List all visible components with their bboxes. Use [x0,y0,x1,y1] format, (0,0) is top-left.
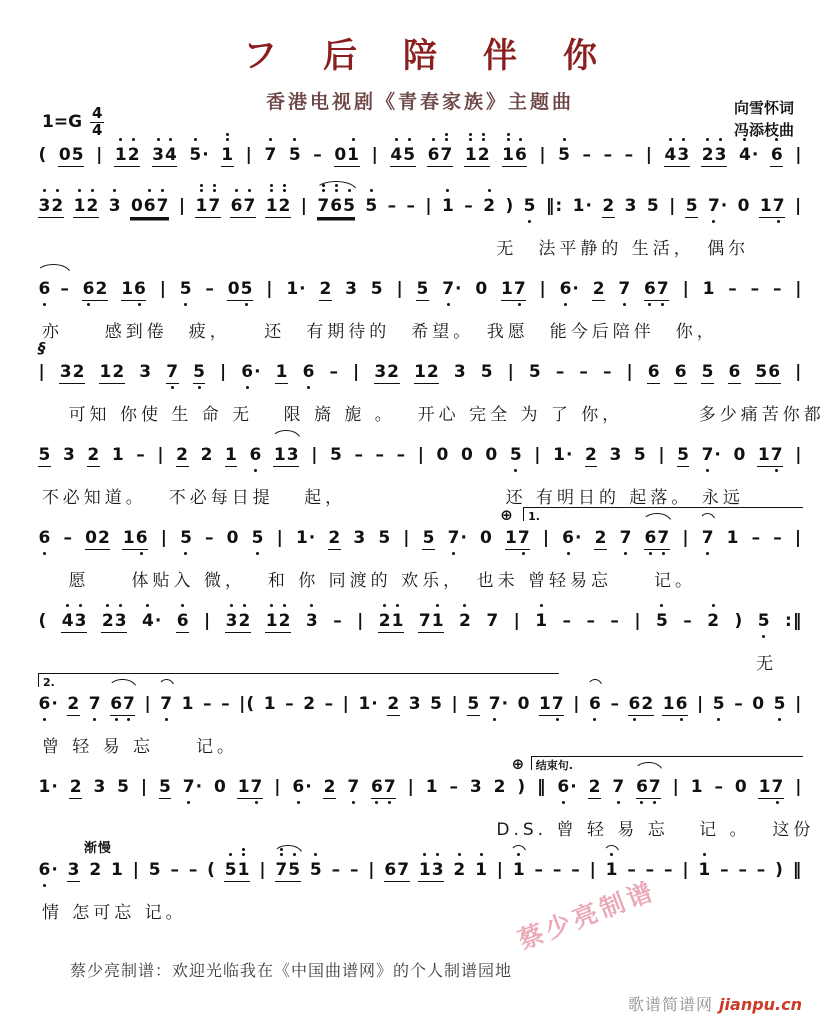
note-token: 51 [224,859,250,882]
note-token: 23 [701,144,727,167]
note-token: 5 [159,776,172,799]
note-token: 6· [559,278,579,300]
key-signature: 1=G 4 4 [42,106,104,139]
tempo-marking: 渐慢 [84,837,112,856]
note-token: 0 [480,527,493,549]
note-token: – [579,361,589,383]
note-token: | [140,776,147,798]
note-token: 16 [121,278,147,301]
note-token: 2 [493,776,506,798]
note-token: 5 [528,361,541,383]
note-token: 1 [181,693,194,715]
note-token: 21 [378,610,404,633]
note-token: 17 [758,776,784,799]
note-token: 16 [662,693,688,716]
note-token: 6 [38,527,51,549]
note-token: – [205,527,215,549]
note-token: ) [517,776,526,798]
note-token: 5 [365,195,378,217]
note-token: | [697,693,704,715]
note-token: | [795,361,802,383]
note-token: | [159,278,166,300]
time-signature: 4 4 [90,106,104,139]
note-token: | [407,776,414,798]
note-token: 067 [130,195,169,218]
note-token: 13 [273,444,299,467]
note-token: – [714,776,724,798]
note-token: | [626,361,633,383]
note-token: 16 [502,144,528,167]
note-token: 5 [330,444,343,466]
note-token: | [672,776,679,798]
notation-system: 2.6·2767|71––|(1–2–|1·235|57·017|6–6216|… [38,693,802,755]
note-token: 2 [200,444,213,466]
note-token: 7· [701,444,721,466]
note-token: 5 [677,444,690,467]
note-token: 3 [624,195,637,217]
note-token: 5 [309,859,322,881]
notes-row: (05|12345·1|75–01|45671216|5–––|43234·6| [38,144,802,174]
lyricist-credit: 向雪怀词 [734,98,794,120]
note-token: 2 [387,693,400,716]
note-token: | [634,610,641,632]
note-token: – [354,444,364,466]
notes-row: 6–6216|5–05|1·235|57·017|6·2767|1–––| [38,278,802,308]
lyrics-line: 不必知道。 不必每日提 起， 还 有明日的 起落。 永远 [42,483,802,506]
note-token: 6 [728,361,741,384]
note-token: | [160,527,167,549]
note-token: 5 [251,527,264,549]
note-token: – [734,693,744,715]
note-token: 17 [757,444,783,467]
note-token: 17 [501,278,527,301]
note-token: 12 [73,195,99,218]
note-token: | [417,444,424,466]
note-token: 7· [442,278,462,300]
note-token: 13 [418,859,444,882]
note-token: – [203,693,213,715]
footer-note: 蔡少亮制谱：欢迎光临我在《中国曲谱网》的个人制谱园地 [70,958,512,981]
notation-system: 5321–|221613|5–––|0005|1·235|57·017|不必知道… [38,444,802,506]
sheet-music-page: フ后陪伴你 香港电视剧《青春家族》主题曲 1=G 4 4 向雪怀词 冯添枝曲 (… [0,0,840,1019]
note-token: | [795,144,802,166]
note-token: 5 [38,444,51,467]
note-token: 7 [88,693,101,715]
note-token: 6· [241,361,261,383]
note-token: 3 [353,527,366,549]
note-token: 3 [609,444,622,466]
note-token: 1· [38,776,58,798]
note-token: ( [38,144,47,166]
note-token: 7 [486,610,499,632]
notes-row: (43234·6|32123–|217127|1–––|5–2)5:‖ [38,610,802,640]
note-token: | [178,195,185,217]
note-token: – [602,361,612,383]
coda-icon: ⊕ [512,755,525,773]
note-token: 7 [612,776,625,798]
note-token: | [342,693,349,715]
note-token: | [274,776,281,798]
note-token: 17 [759,195,785,218]
note-token: | [658,444,665,466]
note-token: 1 [475,859,488,881]
note-token: – [683,610,693,632]
note-token: 12 [99,361,125,384]
note-token: ‖ [792,859,802,881]
note-token: – [331,859,341,881]
note-token: 45 [390,144,416,167]
note-token: | [403,527,410,549]
lyrics-line: 无 法平静的 生活， 偶尔 [496,234,802,257]
note-token: – [720,859,730,881]
note-token: :‖ [785,610,802,632]
note-token: 5 [480,361,493,383]
note-token: | [368,859,375,881]
lyrics-line: 曾 轻 易 忘 记。 [42,732,802,755]
note-token: 6· [38,859,58,881]
note-token: 1 [512,859,525,881]
note-token: 1 [698,859,711,881]
note-token: 3 [469,776,482,798]
note-token: 34 [152,144,178,167]
note-token: 32 [38,195,64,218]
note-token: | [795,278,802,300]
note-token: 62 [628,693,654,716]
note-token: 43 [61,610,87,633]
note-token: 0 [737,195,750,217]
note-token: ) [734,610,743,632]
note-token: 12 [114,144,140,167]
song-subtitle: 香港电视剧《青春家族》主题曲 [0,87,840,114]
note-token: | [682,278,689,300]
note-token: 2 [592,278,605,301]
note-token: 7· [707,195,727,217]
note-token: 1· [553,444,573,466]
note-token: | [669,195,676,217]
note-token: 1 [263,693,276,715]
note-token: 6 [589,693,602,715]
note-token: – [406,195,416,217]
note-token: 1· [295,527,315,549]
note-token: – [396,444,406,466]
note-token: 3 [139,361,152,383]
note-token: 3 [345,278,358,300]
note-token: 5 [523,195,536,217]
note-token: 67 [636,776,662,799]
note-token: – [313,144,323,166]
note-token: | [220,361,227,383]
note-token: 12 [265,195,291,218]
note-token: 7 [701,527,714,549]
volta-bracket: 结束句. [531,756,803,770]
note-token: 5 [370,278,383,300]
notes-row: 渐慢6·321|5––(51|755––|671321|1–––|1–––|1–… [38,859,802,889]
note-token: 75 [275,859,301,882]
note-token: 5 [773,693,786,715]
note-token: 5 [378,527,391,549]
note-token: | [300,195,307,217]
note-token: ‖: [545,195,562,217]
notation-system: 渐慢6·321|5––(51|755––|671321|1–––|1–––|1–… [38,859,802,921]
note-token: 67 [644,527,670,550]
note-token: 02 [85,527,111,550]
note-token: 5 [430,693,443,715]
lyrics-line: 可知 你使 生 命 无 限 旖 旎 。 开心 完全 为 了 你， 多少痛苦你都 [69,400,802,423]
note-token: 6 [302,361,315,383]
notes-row: ⊕结束句.1·235|57·017|6·2767|1–32)‖6·2767|1–… [38,776,802,806]
note-token: 2 [87,444,100,467]
note-token: | [396,278,403,300]
note-token: 0 [733,444,746,466]
note-token: – [738,859,748,881]
note-token: 0 [436,444,449,466]
note-token: – [610,610,620,632]
note-token: 3 [453,361,466,383]
note-token: | [539,144,546,166]
note-token: 6– [38,278,69,300]
note-token: | [682,527,689,549]
note-token: 2 [328,527,341,550]
site-watermark: 歌谱简谱网 jianpu.cn [628,992,802,1015]
credits: 向雪怀词 冯添枝曲 [734,98,794,142]
note-token: | [357,610,364,632]
note-token: 5 [701,361,714,384]
note-token: – [772,278,782,300]
lyrics-line: 愿 体贴入 微， 和 你 同渡的 欢乐， 也未 曾轻易忘 记。 [69,566,802,589]
note-token: 17 [539,693,565,716]
note-token: | [507,361,514,383]
note-token: – [664,859,674,881]
note-token: 6· [38,693,58,715]
note-token: ) [505,195,514,217]
note-token: 0 [213,776,226,798]
note-token: 1 [225,444,238,467]
note-token: – [387,195,397,217]
note-token: – [136,444,146,466]
note-token: | [132,859,139,881]
note-token: 0 [734,776,747,798]
note-token: 3 [67,859,80,882]
note-token: 05 [227,278,253,301]
note-token: – [221,693,231,715]
note-token: | [371,144,378,166]
note-token: – [773,527,783,549]
note-token: 5 [467,693,480,716]
note-token: | [259,859,266,881]
note-token: | [539,278,546,300]
note-token: | [589,859,596,881]
note-token: – [610,693,620,715]
note-token: |( [239,693,255,715]
note-token: 5 [148,859,161,881]
notation-system: 6–6216|5–05|1·235|57·017|6·2767|1–––|亦 感… [38,278,802,340]
notes-row: ⊕1.6–0216|5–05|1·235|57·017|6·2767|71––| [38,527,802,557]
note-token: – [751,527,761,549]
note-token: 7 [619,527,632,549]
note-token: 17 [505,527,531,550]
note-token: 6· [562,527,582,549]
note-token: 62 [82,278,108,301]
lyrics-line: 情 怎可忘 记。 [42,898,802,921]
note-token: | [542,527,549,549]
note-token: – [586,610,596,632]
note-token: 2 [459,610,472,632]
note-token: – [534,859,544,881]
note-token: | [245,144,252,166]
note-token: – [333,610,343,632]
note-token: 1· [358,693,378,715]
note-token: 32 [225,610,251,633]
note-token: 1 [275,361,288,384]
note-token: ‖ [537,776,547,798]
note-token: 0 [460,444,473,466]
note-token: 1 [535,610,548,632]
note-token: 1 [442,195,455,217]
note-token: 1 [111,859,124,881]
site-name: 歌谱简谱网 [628,995,719,1014]
note-token: 4· [739,144,759,166]
note-token: 1· [286,278,306,300]
note-token: – [555,361,565,383]
note-token: 67 [384,859,410,882]
note-token: | [204,610,211,632]
note-token: 12 [265,610,291,633]
segno-icon: § [38,339,46,357]
note-token: – [170,859,180,881]
note-token: – [329,361,339,383]
note-token: 4· [141,610,161,632]
note-token: 3 [305,610,318,632]
note-token: 1· [572,195,592,217]
note-token: 12 [414,361,440,384]
note-token: 17 [237,776,263,799]
note-token: 67 [427,144,453,167]
note-token: | [645,144,652,166]
note-token: 5 [558,144,571,166]
note-token: | [311,444,318,466]
lyrics-line: 亦 感到倦 疲， 还 有期待的 希望。 我愿 能今后陪伴 你， [42,317,802,340]
notation-system: ⊕结束句.1·235|57·017|6·2767|1–32)‖6·2767|1–… [38,776,802,838]
notes-row: §|3212375|6·16–|321235|5–––|665656| [38,361,802,391]
note-token: 6 [647,361,660,384]
note-token: 7 [166,361,179,384]
note-token: 32 [374,361,400,384]
tonality: 1=G [42,112,82,132]
note-token: | [157,444,164,466]
note-token: 765 [317,195,356,218]
note-token: 71 [418,610,444,633]
note-token: 1 [726,527,739,549]
note-token: 2 [594,527,607,550]
note-token: 2 [319,278,332,301]
note-token: | [794,527,801,549]
note-token: 7· [447,527,467,549]
note-token: 5 [288,144,301,166]
note-token: 01 [334,144,360,167]
note-token: 5· [189,144,209,166]
note-token: – [750,278,760,300]
note-token: ( [38,610,47,632]
note-token: – [571,859,581,881]
note-token: 5 [117,776,130,798]
note-token: – [188,859,198,881]
coda-icon: ⊕ [500,506,513,524]
notes-row: 5321–|221613|5–––|0005|1·235|57·017| [38,444,802,474]
note-token: 1 [702,278,715,300]
note-token: 7· [488,693,508,715]
note-token: 5 [712,693,725,715]
note-token: 67 [110,693,136,716]
note-token: – [552,859,562,881]
note-token: 1 [605,859,618,881]
note-token: 1 [690,776,703,798]
note-token: | [266,278,273,300]
note-token: 7 [160,693,173,715]
note-token: | [425,195,432,217]
note-token: | [682,859,689,881]
note-token: 2 [176,444,189,467]
note-token: 6· [557,776,577,798]
note-token: – [324,693,334,715]
song-title: フ后陪伴你 [0,28,840,77]
note-token: 5 [422,527,435,550]
note-token: – [728,278,738,300]
note-token: 6 [770,144,783,167]
note-token: – [582,144,592,166]
notation-system: 32123067|176712|7655––|1–2)5‖:1·235|57·0… [38,195,802,257]
meter-denominator: 4 [92,123,102,139]
note-token: 56 [755,361,781,384]
note-token: 5 [193,361,206,384]
note-token: 0 [517,693,530,715]
note-token: 5 [416,278,429,301]
note-token: 67 [644,278,670,301]
note-token: 1 [221,144,234,167]
note-token: – [603,144,613,166]
note-token: 12 [464,144,490,167]
note-token: 0 [485,444,498,466]
note-token: 43 [664,144,690,167]
note-token: 3 [408,693,421,715]
note-token: 6 [674,361,687,384]
note-token: 7 [347,776,360,798]
note-token: 32 [59,361,85,384]
note-token: 2 [588,776,601,799]
note-token: 2 [707,610,720,632]
note-token: | [795,776,802,798]
note-token: 5 [646,195,659,217]
note-token: 5 [633,444,646,466]
note-token: 5 [180,527,193,549]
note-token: | [496,859,503,881]
note-token: 3 [108,195,121,217]
note-token: 0 [475,278,488,300]
note-token: 1 [425,776,438,798]
note-token: 3 [93,776,106,798]
note-token: | [451,693,458,715]
lyrics-line: D.S. 曾 轻 易 忘 记 。 这份 [496,815,802,838]
notes-row: 32123067|176712|7655––|1–2)5‖:1·235|57·0… [38,195,802,225]
note-token: 67 [230,195,256,218]
notation-system: §|3212375|6·16–|321235|5–––|665656|可知 你使… [38,361,802,423]
notation-system: (43234·6|32123–|217127|1–––|5–2)5:‖无 [38,610,802,672]
note-token: 05 [58,144,84,167]
note-token: 5 [509,444,522,466]
note-token: | [353,361,360,383]
note-token: 6 [176,610,189,633]
note-token: 6 [249,444,262,466]
note-token: ) [775,859,784,881]
